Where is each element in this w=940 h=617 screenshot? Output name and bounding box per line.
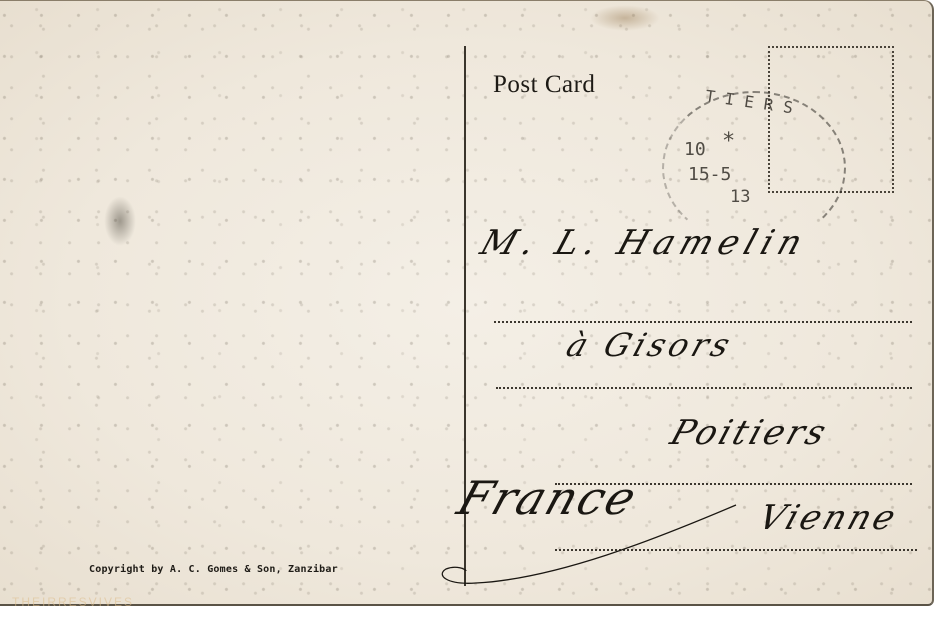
copyright-notice: Copyright by A. C. Gomes & Son, Zanzibar: [89, 564, 338, 575]
address-street: à Gisors: [562, 326, 739, 364]
postcard-back: Post Card TIERS 10 * 15-5 13 M. L. Hamel…: [0, 0, 934, 606]
handwriting-swash: [436, 499, 746, 589]
address-city: Poitiers: [666, 413, 834, 453]
address-recipient: M. L. Hamelin: [476, 223, 814, 263]
postmark-year: 13: [730, 187, 750, 207]
postmark-hour: 10: [684, 139, 706, 160]
address-department: Vienne: [754, 498, 904, 538]
address-line-1: [494, 321, 912, 323]
postmark-star-icon: *: [722, 129, 735, 154]
watermark: THEIRRESVIVES: [12, 595, 134, 609]
postcard-heading: Post Card: [493, 71, 595, 99]
postmark-date: 15-5: [688, 164, 731, 185]
paper-stain: [590, 5, 660, 31]
address-line-2: [496, 387, 912, 389]
ink-smudge: [104, 196, 136, 246]
